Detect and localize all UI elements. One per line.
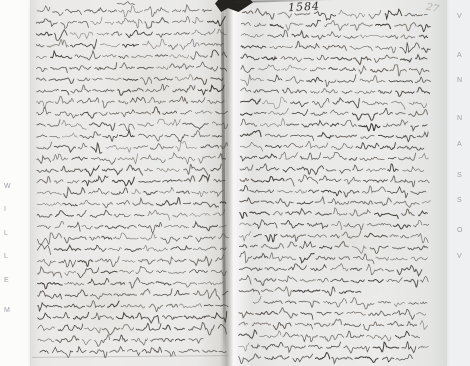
margin-letter: L xyxy=(4,253,8,260)
margin-letter: L xyxy=(4,230,8,237)
margin-letters-left: WILLEM xyxy=(4,0,16,366)
margin-letter: S xyxy=(457,197,462,204)
margin-letter: E xyxy=(4,277,9,284)
handwriting-right xyxy=(29,0,449,366)
margin-letter: N xyxy=(457,115,462,122)
margin-letter: I xyxy=(4,206,6,213)
margin-letter: W xyxy=(4,183,11,190)
margin-letter: A xyxy=(457,52,462,59)
margin-letters-right: VANNASSOV xyxy=(457,0,469,366)
margin-letter: N xyxy=(457,77,462,84)
margin-letter: A xyxy=(457,141,462,148)
margin-letter: M xyxy=(4,307,10,314)
manuscript-photo: 1584 27 xyxy=(30,0,447,366)
year-header: 1584 xyxy=(288,0,335,14)
margin-letter: V xyxy=(457,253,462,260)
margin-letter: S xyxy=(457,172,462,179)
margin-letter: O xyxy=(457,227,462,234)
margin-letter: V xyxy=(457,13,462,20)
scanned-manuscript-spread: 1584 27 WILLEM VANNASSOV xyxy=(0,0,470,366)
